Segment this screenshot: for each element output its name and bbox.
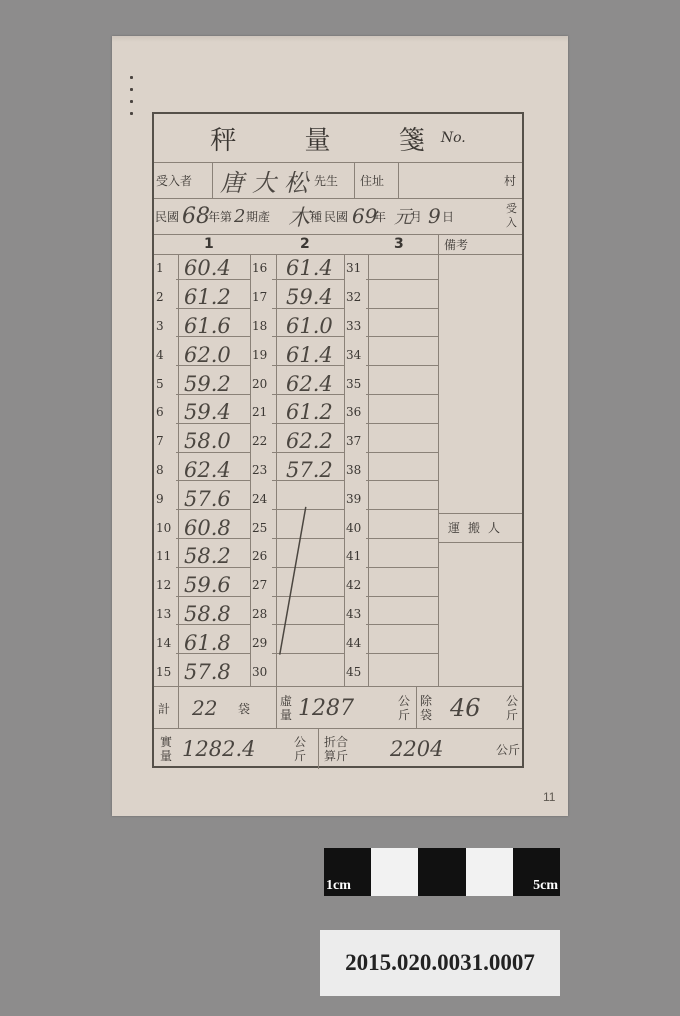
row-number: 9	[156, 484, 164, 513]
converted-weight: 2204	[390, 729, 443, 769]
row-number: 42	[346, 571, 361, 600]
slip-title: 秤 量 箋 No.	[154, 114, 522, 163]
row-number: 25	[252, 513, 267, 542]
perforation-marks	[130, 76, 134, 124]
row-number: 13	[156, 600, 171, 629]
row-number: 28	[252, 600, 267, 629]
row-number: 45	[346, 657, 361, 686]
period-row: 民國 68 年第 2 期產 木 種 民國 69 年 元 月 9 日 受入	[154, 198, 522, 235]
remarks-label: 備考	[444, 234, 518, 254]
net-weight: 1282.4	[182, 729, 255, 769]
row-number: 38	[346, 456, 361, 485]
row-number: 33	[346, 312, 361, 341]
entry-line	[366, 624, 438, 625]
row-number: 29	[252, 628, 267, 657]
column-header-2: 2	[300, 234, 310, 254]
entry-line	[366, 509, 438, 510]
village-label: 村	[504, 162, 516, 198]
entry-line	[176, 394, 250, 395]
entry-line	[366, 596, 438, 597]
entry-line	[272, 624, 344, 625]
entry-line	[272, 480, 344, 481]
row-number: 41	[346, 542, 361, 571]
weight-value: 57.8	[184, 657, 231, 686]
entry-line	[366, 336, 438, 337]
entry-line	[176, 480, 250, 481]
entry-line	[176, 596, 250, 597]
entry-line	[272, 596, 344, 597]
row-number: 32	[346, 283, 361, 312]
row-number: 31	[346, 254, 361, 283]
row-number: 36	[346, 398, 361, 427]
entry-line	[272, 394, 344, 395]
number-label: No.	[441, 130, 466, 146]
row-number: 27	[252, 571, 267, 600]
entry-line	[366, 538, 438, 539]
row-number: 39	[346, 484, 361, 513]
date-day: 9	[428, 198, 441, 234]
column-header-row: 1 2 3 備考	[154, 234, 522, 255]
entry-line	[176, 365, 250, 366]
row-number: 16	[252, 254, 267, 283]
row-number: 30	[252, 657, 267, 686]
page-mark: 11	[543, 790, 555, 804]
entry-line	[366, 365, 438, 366]
row-number: 17	[252, 283, 267, 312]
entry-line	[176, 653, 250, 654]
gross-weight: 1287	[298, 687, 354, 729]
received-label: 受入	[506, 198, 520, 234]
row-number: 19	[252, 340, 267, 369]
row-number: 40	[346, 513, 361, 542]
entry-line	[176, 567, 250, 568]
entry-line	[272, 308, 344, 309]
row-number: 14	[156, 628, 171, 657]
entry-line	[272, 538, 344, 539]
entry-line	[366, 394, 438, 395]
entry-line	[366, 567, 438, 568]
column-header-1: 1	[204, 234, 214, 254]
catalog-number-card: 2015.020.0031.0007	[320, 930, 560, 996]
row-number: 1	[156, 254, 164, 283]
row-number: 5	[156, 369, 164, 398]
entry-line	[366, 452, 438, 453]
scale-bar: 1cm 5cm	[324, 848, 560, 896]
row-number: 21	[252, 398, 267, 427]
receiver-suffix: 先生	[314, 162, 338, 198]
entry-line	[176, 452, 250, 453]
row-number: 43	[346, 600, 361, 629]
entry-line	[272, 567, 344, 568]
entry-line	[176, 509, 250, 510]
entry-line	[272, 336, 344, 337]
receiver-name: 唐大松	[220, 162, 316, 198]
entry-line	[176, 624, 250, 625]
address-label: 住址	[360, 162, 384, 198]
row-number: 23	[252, 456, 267, 485]
row-number: 6	[156, 398, 164, 427]
catalog-number: 2015.020.0031.0007	[345, 950, 535, 976]
row-number: 22	[252, 427, 267, 456]
entry-line	[272, 452, 344, 453]
row-number: 34	[346, 340, 361, 369]
row-number: 18	[252, 312, 267, 341]
entry-line	[176, 423, 250, 424]
row-number: 15	[156, 657, 171, 686]
row-number: 2	[156, 283, 164, 312]
row-number: 20	[252, 369, 267, 398]
column-header-3: 3	[394, 234, 404, 254]
row-number: 35	[346, 369, 361, 398]
entry-line	[272, 279, 344, 280]
entry-line	[272, 365, 344, 366]
entry-line	[176, 279, 250, 280]
crop-year: 68	[182, 198, 210, 234]
row-number: 8	[156, 456, 164, 485]
receiver-label: 受入者	[156, 162, 192, 198]
row-number: 3	[156, 312, 164, 341]
row-number: 10	[156, 513, 171, 542]
row-number: 24	[252, 484, 267, 513]
entry-line	[272, 423, 344, 424]
entry-line	[176, 308, 250, 309]
weight-grid: 160.4261.2361.6462.0559.2659.4758.0862.4…	[154, 254, 522, 686]
entry-line	[366, 653, 438, 654]
crop-variety: 木	[288, 198, 310, 234]
row-number: 11	[156, 542, 171, 571]
row-number: 12	[156, 571, 171, 600]
bag-deduction: 46	[450, 687, 481, 729]
entry-line	[176, 336, 250, 337]
row-number: 4	[156, 340, 164, 369]
row-number: 26	[252, 542, 267, 571]
row-number: 7	[156, 427, 164, 456]
weighing-slip-form: 秤 量 箋 No. 受入者 唐大松 先生 住址 村 民國 68 年第 2 期產 …	[152, 112, 524, 768]
scale-right-label: 5cm	[533, 878, 558, 894]
entry-line	[366, 480, 438, 481]
row-number: 44	[346, 628, 361, 657]
bag-count: 22	[192, 687, 217, 729]
transporter-label: 運搬人	[448, 513, 508, 542]
receiver-row: 受入者 唐大松 先生 住址 村	[154, 162, 522, 199]
totals-row: 計 22 袋 虛量 1287 公斤 除袋 46 公斤	[154, 686, 522, 729]
entry-line	[176, 538, 250, 539]
crop-term: 2	[234, 198, 245, 234]
entry-line	[366, 308, 438, 309]
row-number: 37	[346, 427, 361, 456]
strike-through-mark	[279, 507, 309, 655]
scale-left-label: 1cm	[326, 878, 351, 894]
entry-line	[366, 423, 438, 424]
entry-line	[366, 279, 438, 280]
net-row: 實量 1282.4 公斤 折合算斤 2204 公斤	[154, 728, 522, 769]
